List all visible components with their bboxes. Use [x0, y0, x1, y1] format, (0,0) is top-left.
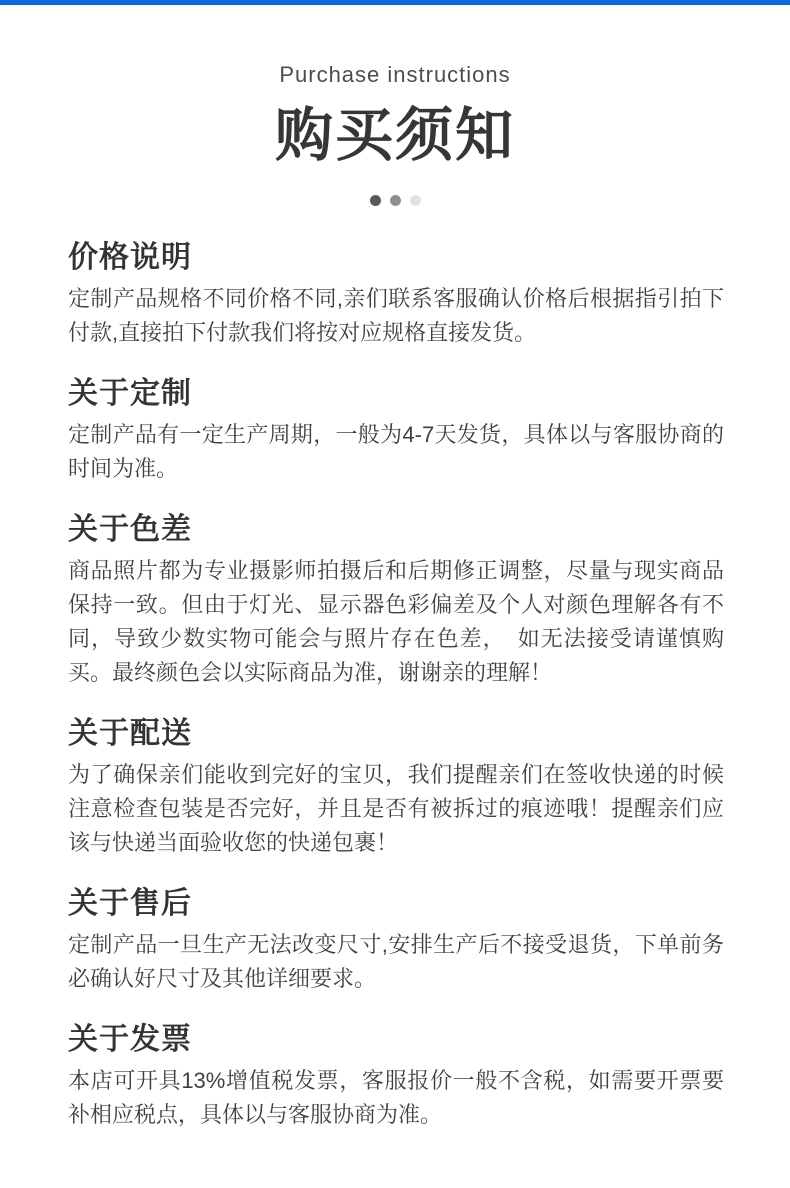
section-heading: 关于定制	[68, 376, 724, 412]
section-body: 为了确保亲们能收到完好的宝贝，我们提醒亲们在签收快递的时候注意检查包装是否完好，…	[68, 758, 724, 860]
section-after-sales: 关于售后 定制产品一旦生产无法改变尺寸,安排生产后不接受退货，下单前务必确认好尺…	[68, 886, 724, 996]
section-heading: 关于售后	[68, 886, 724, 922]
section-heading: 关于配送	[68, 716, 724, 752]
page-title: 购买须知	[0, 103, 790, 169]
section-invoice: 关于发票 本店可开具13%增值税发票，客服报价一般不含税，如需要开票要补相应税点…	[68, 1022, 724, 1132]
section-heading: 价格说明	[68, 240, 724, 276]
section-body: 定制产品有一定生产周期，一般为4-7天发货，具体以与客服协商的时间为准。	[68, 418, 724, 486]
section-body: 本店可开具13%增值税发票，客服报价一般不含税，如需要开票要补相应税点，具体以与…	[68, 1064, 724, 1132]
section-body: 商品照片都为专业摄影师拍摄后和后期修正调整，尽量与现实商品保持一致。但由于灯光、…	[68, 554, 724, 690]
carousel-dots	[0, 195, 790, 206]
section-heading: 关于色差	[68, 512, 724, 548]
carousel-dot-3	[410, 195, 421, 206]
section-heading: 关于发票	[68, 1022, 724, 1058]
section-shipping: 关于配送 为了确保亲们能收到完好的宝贝，我们提醒亲们在签收快递的时候注意检查包装…	[68, 716, 724, 860]
carousel-dot-2	[390, 195, 401, 206]
section-color-difference: 关于色差 商品照片都为专业摄影师拍摄后和后期修正调整，尽量与现实商品保持一致。但…	[68, 512, 724, 690]
header-subtitle-en: Purchase instructions	[0, 61, 790, 89]
section-body: 定制产品规格不同价格不同,亲们联系客服确认价格后根据指引拍下付款,直接拍下付款我…	[68, 282, 724, 350]
section-body: 定制产品一旦生产无法改变尺寸,安排生产后不接受退货，下单前务必确认好尺寸及其他详…	[68, 928, 724, 996]
carousel-dot-1	[370, 195, 381, 206]
instructions-content: 价格说明 定制产品规格不同价格不同,亲们联系客服确认价格后根据指引拍下付款,直接…	[0, 240, 790, 1132]
section-price: 价格说明 定制产品规格不同价格不同,亲们联系客服确认价格后根据指引拍下付款,直接…	[68, 240, 724, 350]
page-header: Purchase instructions 购买须知	[0, 5, 790, 206]
section-customization: 关于定制 定制产品有一定生产周期，一般为4-7天发货，具体以与客服协商的时间为准…	[68, 376, 724, 486]
